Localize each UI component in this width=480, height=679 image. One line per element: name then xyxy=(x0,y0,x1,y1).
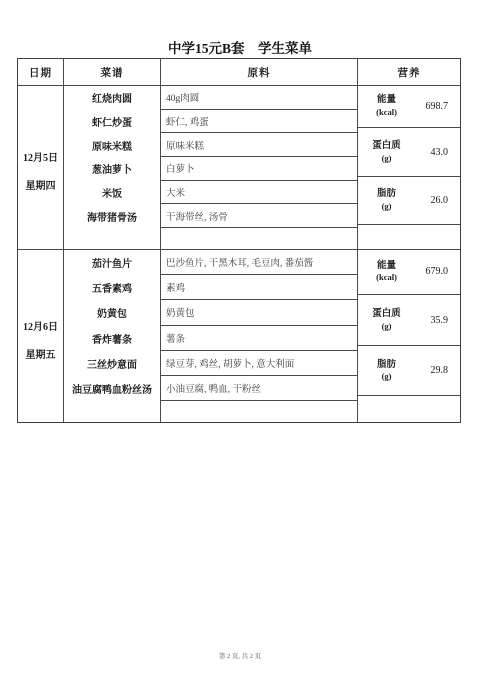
nutrition-unit: (g) xyxy=(358,153,415,164)
ingredient-cell: 干海带丝, 汤骨 xyxy=(161,204,357,228)
header-cell-ingredients: 原料 xyxy=(161,59,358,85)
nutrition-unit: (g) xyxy=(358,201,415,212)
nutrition-label: 能量 xyxy=(358,261,415,273)
ingredient-cell: 原味米糕 xyxy=(161,133,357,157)
nutrition-label: 脂肪 xyxy=(358,189,415,201)
dish-name: 米饭 xyxy=(64,181,160,205)
nutrition-label: 能量 xyxy=(358,95,415,107)
nutrition-row-fat: 脂肪 (g) 26.0 xyxy=(358,177,460,224)
ingredient-cell: 薯条 xyxy=(161,326,357,351)
nutrition-row-protein: 蛋白质 (g) 35.9 xyxy=(358,295,460,347)
nutrition-unit: (g) xyxy=(358,321,415,332)
empty-cell xyxy=(358,396,460,422)
dish-name: 原味米糕 xyxy=(64,133,160,157)
empty-cell xyxy=(358,225,460,249)
nutrition-value: 35.9 xyxy=(415,315,460,326)
date-cell: 12月6日 星期五 xyxy=(18,250,64,422)
date-text: 12月6日 xyxy=(23,318,58,333)
empty-cell xyxy=(161,401,357,422)
page-title: 中学15元B套 学生菜单 xyxy=(18,37,462,57)
empty-cell xyxy=(161,228,357,249)
nutrition-unit: (kcal) xyxy=(358,107,415,118)
nutrition-value: 679.0 xyxy=(415,266,460,277)
dish-name: 三丝炒意面 xyxy=(64,351,160,376)
ingredient-cell: 白萝卜 xyxy=(161,157,357,181)
date-text: 12月5日 xyxy=(23,149,58,164)
dish-name: 茄汁鱼片 xyxy=(64,250,160,275)
dish-name: 油豆腐鸭血粉丝汤 xyxy=(64,376,160,401)
nutrition-list: 能量 (kcal) 679.0 蛋白质 (g) 35.9 脂肪 (g) 29.8 xyxy=(358,250,460,422)
nutrition-unit: (g) xyxy=(358,371,415,382)
nutrition-list: 能量 (kcal) 698.7 蛋白质 (g) 43.0 脂肪 (g) 26.0 xyxy=(358,86,460,249)
ingredient-cell: 奶黄包 xyxy=(161,300,357,325)
dish-name: 香炸薯条 xyxy=(64,326,160,351)
dish-list: 茄汁鱼片 五香素鸡 奶黄包 香炸薯条 三丝炒意面 油豆腐鸭血粉丝汤 xyxy=(64,250,161,422)
ingredient-cell: 40g肉圆 xyxy=(161,86,357,110)
nutrition-row-fat: 脂肪 (g) 29.8 xyxy=(358,346,460,396)
nutrition-value: 29.8 xyxy=(415,365,460,376)
nutrition-value: 43.0 xyxy=(415,147,460,158)
nutrition-value: 26.0 xyxy=(415,195,460,206)
dish-name: 五香素鸡 xyxy=(64,275,160,300)
empty-cell xyxy=(64,401,160,422)
nutrition-row-protein: 蛋白质 (g) 43.0 xyxy=(358,128,460,177)
dish-name: 葱油萝卜 xyxy=(64,157,160,181)
dish-list: 红烧肉圆 虾仁炒蛋 原味米糕 葱油萝卜 米饭 海带猪骨汤 xyxy=(64,86,161,249)
header-cell-date: 日期 xyxy=(18,59,64,85)
menu-section-day1: 12月5日 星期四 红烧肉圆 虾仁炒蛋 原味米糕 葱油萝卜 米饭 海带猪骨汤 4… xyxy=(18,86,460,250)
nutrition-label: 蛋白质 xyxy=(358,141,415,153)
table-header-row: 日期 菜谱 原料 营养 xyxy=(18,59,460,86)
nutrition-label: 蛋白质 xyxy=(358,309,415,321)
nutrition-label: 脂肪 xyxy=(358,360,415,372)
header-cell-menu: 菜谱 xyxy=(64,59,161,85)
ingredient-cell: 巴沙鱼片, 干黑木耳, 毛豆肉, 番茄酱 xyxy=(161,250,357,275)
dish-name: 海带猪骨汤 xyxy=(64,204,160,228)
header-cell-nutrition: 营养 xyxy=(358,59,460,85)
nutrition-value: 698.7 xyxy=(415,101,460,112)
ingredient-cell: 小油豆腐, 鸭血, 干粉丝 xyxy=(161,376,357,401)
weekday-text: 星期四 xyxy=(26,177,56,192)
dish-name: 虾仁炒蛋 xyxy=(64,110,160,134)
nutrition-row-energy: 能量 (kcal) 698.7 xyxy=(358,86,460,128)
ingredient-list: 巴沙鱼片, 干黑木耳, 毛豆肉, 番茄酱 素鸡 奶黄包 薯条 绿豆芽, 鸡丝, … xyxy=(161,250,358,422)
menu-section-day2: 12月6日 星期五 茄汁鱼片 五香素鸡 奶黄包 香炸薯条 三丝炒意面 油豆腐鸭血… xyxy=(18,250,460,422)
ingredient-cell: 虾仁, 鸡蛋 xyxy=(161,110,357,134)
page-footer: 第 2 页, 共 2 页 xyxy=(0,651,480,660)
empty-cell xyxy=(64,228,160,249)
weekday-text: 星期五 xyxy=(26,346,56,361)
nutrition-row-energy: 能量 (kcal) 679.0 xyxy=(358,250,460,295)
nutrition-unit: (kcal) xyxy=(358,272,415,283)
ingredient-cell: 素鸡 xyxy=(161,275,357,300)
dish-name: 红烧肉圆 xyxy=(64,86,160,110)
ingredient-cell: 大米 xyxy=(161,181,357,205)
menu-table: 日期 菜谱 原料 营养 12月5日 星期四 红烧肉圆 虾仁炒蛋 原味米糕 葱油萝… xyxy=(17,58,461,423)
dish-name: 奶黄包 xyxy=(64,300,160,325)
date-cell: 12月5日 星期四 xyxy=(18,86,64,249)
ingredient-list: 40g肉圆 虾仁, 鸡蛋 原味米糕 白萝卜 大米 干海带丝, 汤骨 xyxy=(161,86,358,249)
ingredient-cell: 绿豆芽, 鸡丝, 胡萝卜, 意大利面 xyxy=(161,351,357,376)
